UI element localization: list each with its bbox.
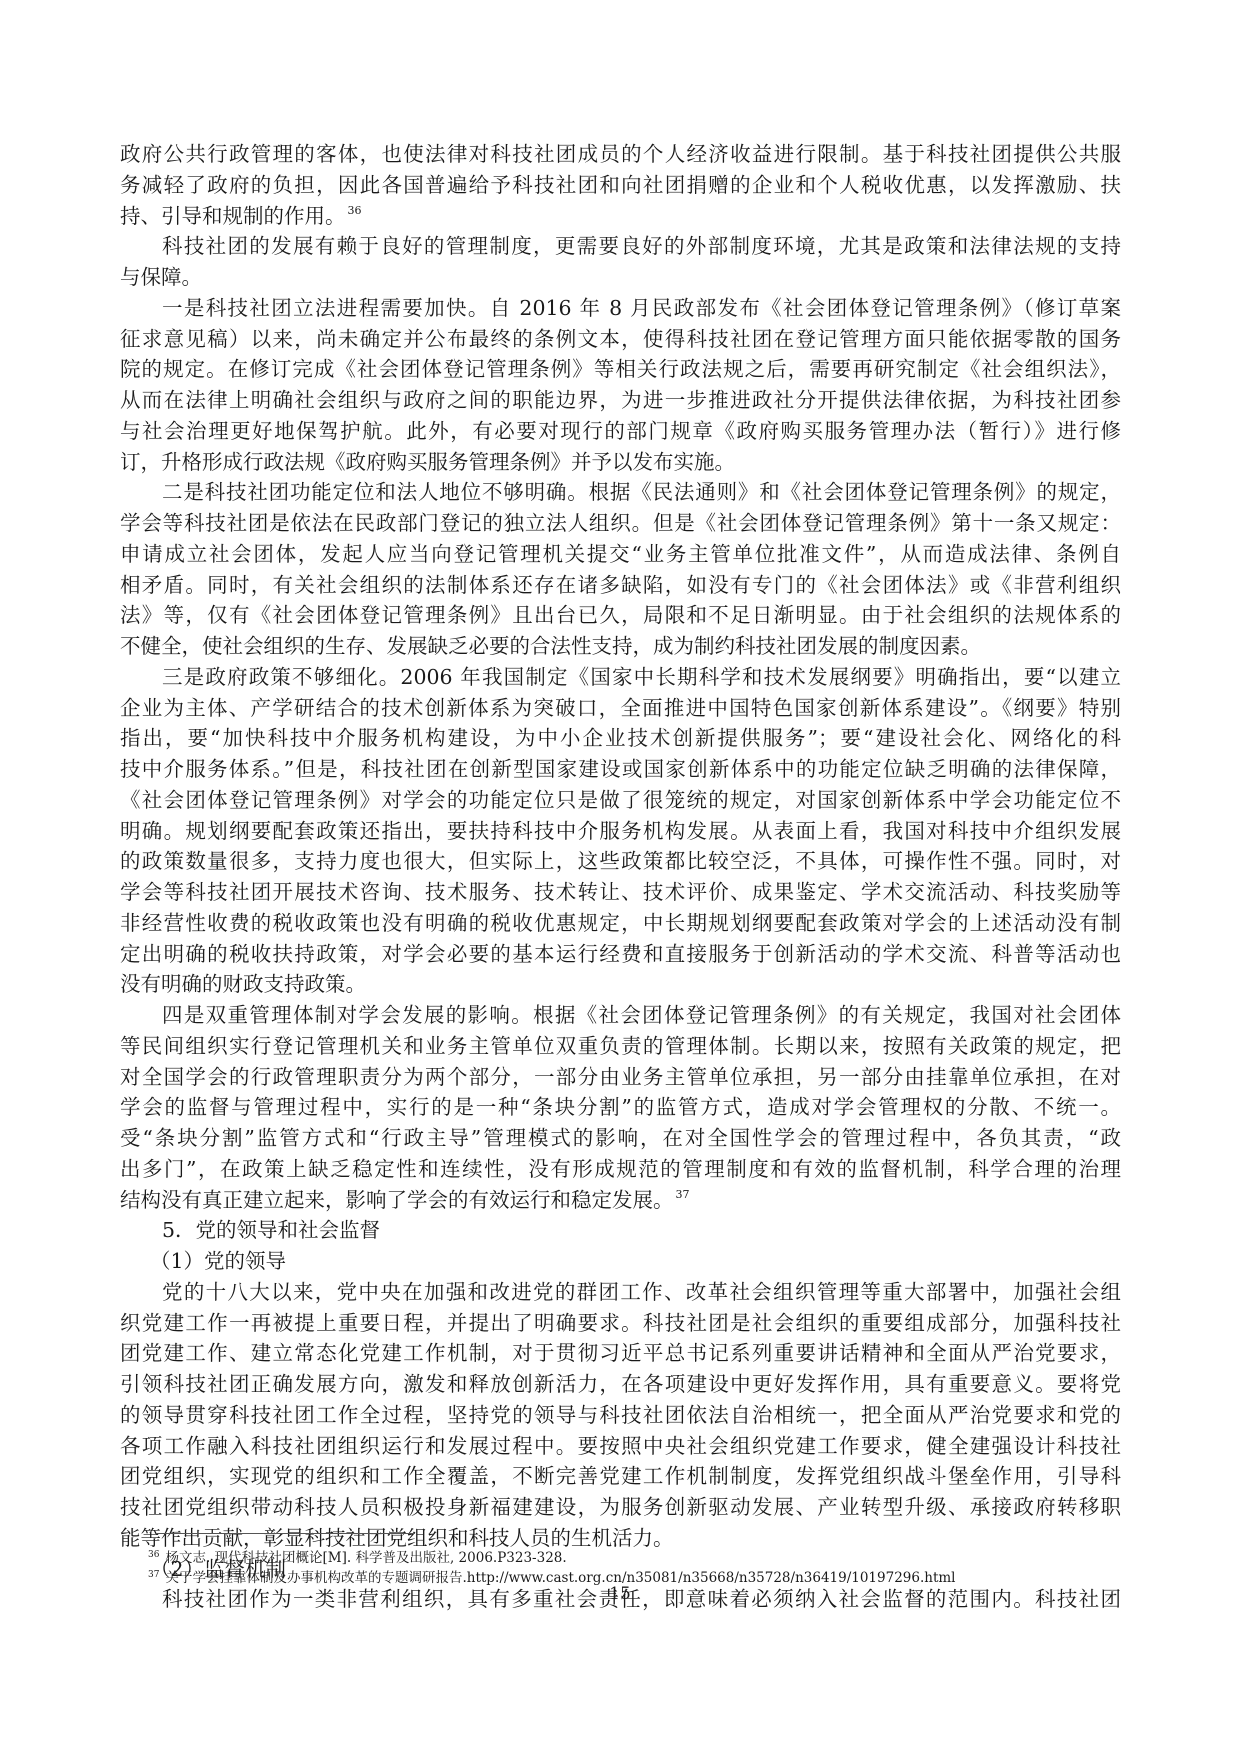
paragraph: 二是科技社团功能定位和法人地位不够明确。根据《民法通则》和《社会团体登记管理条例…: [120, 477, 1121, 662]
text-line: 对全国学会的行政管理职责分为两个部分，一部分由业务主管单位承担，另一部分由挂靠单…: [120, 1062, 1121, 1093]
footnote-reference[interactable]: 37: [676, 1188, 690, 1201]
text-line: 非经营性收费的税收政策也没有明确的税收优惠规定，中长期规划纲要配套政策对学会的上…: [120, 908, 1121, 939]
paragraph: 党的十八大以来，党中央在加强和改进党的群团工作、改革社会组织管理等重大部署中，加…: [120, 1277, 1121, 1554]
footnote-number: 36: [148, 1550, 159, 1560]
text-line: 订，升格形成行政法规《政府购买服务管理条例》并予以发布实施。: [120, 447, 1121, 478]
text-line: 定出明确的税收扶持政策，对学会必要的基本运行经费和直接服务于创新活动的学术交流、…: [120, 939, 1121, 970]
section-heading: 5．党的领导和社会监督: [120, 1215, 1121, 1246]
footnote-text: 杨文志. 现代科技社团概论[M]. 科学普及出版社, 2006.P323-328…: [165, 1550, 566, 1566]
text-line: 团党组织，实现党的组织和工作全覆盖，不断完善党建工作机制制度，发挥党组织战斗堡垒…: [120, 1461, 1121, 1492]
paragraph: 一是科技社团立法进程需要加快。自 2016 年 8 月民政部发布《社会团体登记管…: [120, 293, 1121, 478]
text-line: 四是双重管理体制对学会发展的影响。根据《社会团体登记管理条例》的有关规定，我国对…: [120, 1000, 1121, 1031]
text-line: 持、引导和规制的作用。36: [120, 201, 1121, 232]
text-line: 法》等，仅有《社会团体登记管理条例》且出台已久，局限和不足日渐明显。由于社会组织…: [120, 600, 1121, 631]
paragraph: 政府公共行政管理的客体，也使法律对科技社团成员的个人经济收益进行限制。基于科技社…: [120, 139, 1121, 231]
text-line: 《社会团体登记管理条例》对学会的功能定位只是做了很笼统的规定，对国家创新体系中学…: [120, 785, 1121, 816]
footnote-separator: [155, 1533, 415, 1534]
text-line: （1）党的领导: [120, 1246, 1121, 1277]
text-line: 技社团党组织带动科技人员积极投身新福建建设，为服务创新驱动发展、产业转型升级、承…: [120, 1492, 1121, 1523]
text-line: 学会等科技社团是依法在民政部门登记的独立法人组织。但是《社会团体登记管理条例》第…: [120, 508, 1121, 539]
text-line: 学会等科技社团开展技术咨询、技术服务、技术转让、技术评价、成果鉴定、学术交流活动…: [120, 877, 1121, 908]
text-line: 务减轻了政府的负担，因此各国普遍给予科技社团和向社团捐赠的企业和个人税收优惠，以…: [120, 170, 1121, 201]
text-line: 学会的监督与管理过程中，实行的是一种“条块分割”的监管方式，造成对学会管理权的分…: [120, 1092, 1121, 1123]
paragraph: 三是政府政策不够细化。2006 年我国制定《国家中长期科学和技术发展纲要》明确指…: [120, 662, 1121, 1000]
text-line: 的政策数量很多，支持力度也很大，但实际上，这些政策都比较空泛，不具体，可操作性不…: [120, 846, 1121, 877]
text-line: 织党建工作一再被提上重要日程，并提出了明确要求。科技社团是社会组织的重要组成部分…: [120, 1308, 1121, 1339]
text-line: 团党建工作、建立常态化党建工作机制，对于贯彻习近平总书记系列重要讲话精神和全面从…: [120, 1338, 1121, 1369]
text-line: 从而在法律上明确社会组织与政府之间的职能边界，为进一步推进政社分开提供法律依据，…: [120, 385, 1121, 416]
text-line: 院的规定。在修订完成《社会团体登记管理条例》等相关行政法规之后，需要再研究制定《…: [120, 354, 1121, 385]
text-line: 科技社团的发展有赖于良好的管理制度，更需要良好的外部制度环境，尤其是政策和法律法…: [120, 231, 1121, 262]
paragraph: 科技社团的发展有赖于良好的管理制度，更需要良好的外部制度环境，尤其是政策和法律法…: [120, 231, 1121, 293]
text-line: 二是科技社团功能定位和法人地位不够明确。根据《民法通则》和《社会团体登记管理条例…: [120, 477, 1121, 508]
body-text: 政府公共行政管理的客体，也使法律对科技社团成员的个人经济收益进行限制。基于科技社…: [120, 139, 1121, 1615]
text-line: 与社会治理更好地保驾护航。此外，有必要对现行的部门规章《政府购买服务管理办法（暂…: [120, 416, 1121, 447]
text-line: 企业为主体、产学研结合的技术创新体系为突破口，全面推进中国特色国家创新体系建设”…: [120, 693, 1121, 724]
text-line: 明确。规划纲要配套政策还指出，要扶持科技中介服务机构发展。从表面上看，我国对科技…: [120, 816, 1121, 847]
text-line: 5．党的领导和社会监督: [120, 1215, 1121, 1246]
text-line: 相矛盾。同时，有关社会组织的法制体系还存在诸多缺陷，如没有专门的《社会团体法》或…: [120, 570, 1121, 601]
page-number: 15: [0, 1584, 1240, 1604]
document-page: 政府公共行政管理的客体，也使法律对科技社团成员的个人经济收益进行限制。基于科技社…: [0, 0, 1240, 1753]
text-line: 与保障。: [120, 262, 1121, 293]
footnote-reference[interactable]: 36: [348, 204, 362, 217]
text-line: 引领科技社团正确发展方向，激发和释放创新活力，在各项建设中更好发挥作用，具有重要…: [120, 1369, 1121, 1400]
text-line: 出多门”，在政策上缺乏稳定性和连续性，没有形成规范的管理制度和有效的监督机制，科…: [120, 1154, 1121, 1185]
paragraph: 四是双重管理体制对学会发展的影响。根据《社会团体登记管理条例》的有关规定，我国对…: [120, 1000, 1121, 1215]
text-line: 征求意见稿）以来，尚未确定并公布最终的条例文本，使得科技社团在登记管理方面只能依…: [120, 324, 1121, 355]
text-line: 三是政府政策不够细化。2006 年我国制定《国家中长期科学和技术发展纲要》明确指…: [120, 662, 1121, 693]
text-line: 不健全，使社会组织的生存、发展缺乏必要的合法性支持，成为制约科技社团发展的制度因…: [120, 631, 1121, 662]
subsection-heading: （1）党的领导: [120, 1246, 1121, 1277]
text-line: 一是科技社团立法进程需要加快。自 2016 年 8 月民政部发布《社会团体登记管…: [120, 293, 1121, 324]
text-line: 等民间组织实行登记管理机关和业务主管单位双重负责的管理体制。长期以来，按照有关政…: [120, 1031, 1121, 1062]
text-line: 受“条块分割”监管方式和“行政主导”管理模式的影响，在对全国性学会的管理过程中，…: [120, 1123, 1121, 1154]
text-line: 的领导贯穿科技社团工作全过程，坚持党的领导与科技社团依法自治相统一，把全面从严治…: [120, 1400, 1121, 1431]
footnote-item: 36杨文志. 现代科技社团概论[M]. 科学普及出版社, 2006.P323-3…: [148, 1548, 1148, 1568]
text-line: 申请成立社会团体，发起人应当向登记管理机关提交“业务主管单位批准文件”，从而造成…: [120, 539, 1121, 570]
footnotes: 36杨文志. 现代科技社团概论[M]. 科学普及出版社, 2006.P323-3…: [148, 1548, 1148, 1588]
text-line: 指出，要“加快科技中介服务机构建设，为中小企业技术创新提供服务”；要“建设社会化…: [120, 723, 1121, 754]
footnote-number: 37: [148, 1570, 159, 1580]
text-line: 各项工作融入科技社团组织运行和发展过程中。要按照中央社会组织党建工作要求，健全建…: [120, 1431, 1121, 1462]
text-line: 政府公共行政管理的客体，也使法律对科技社团成员的个人经济收益进行限制。基于科技社…: [120, 139, 1121, 170]
text-line: 党的十八大以来，党中央在加强和改进党的群团工作、改革社会组织管理等重大部署中，加…: [120, 1277, 1121, 1308]
text-line: 没有明确的财政支持政策。: [120, 969, 1121, 1000]
text-line: 技中介服务体系。”但是，科技社团在创新型国家建设或国家创新体系中的功能定位缺乏明…: [120, 754, 1121, 785]
text-line: 结构没有真正建立起来，影响了学会的有效运行和稳定发展。37: [120, 1185, 1121, 1216]
